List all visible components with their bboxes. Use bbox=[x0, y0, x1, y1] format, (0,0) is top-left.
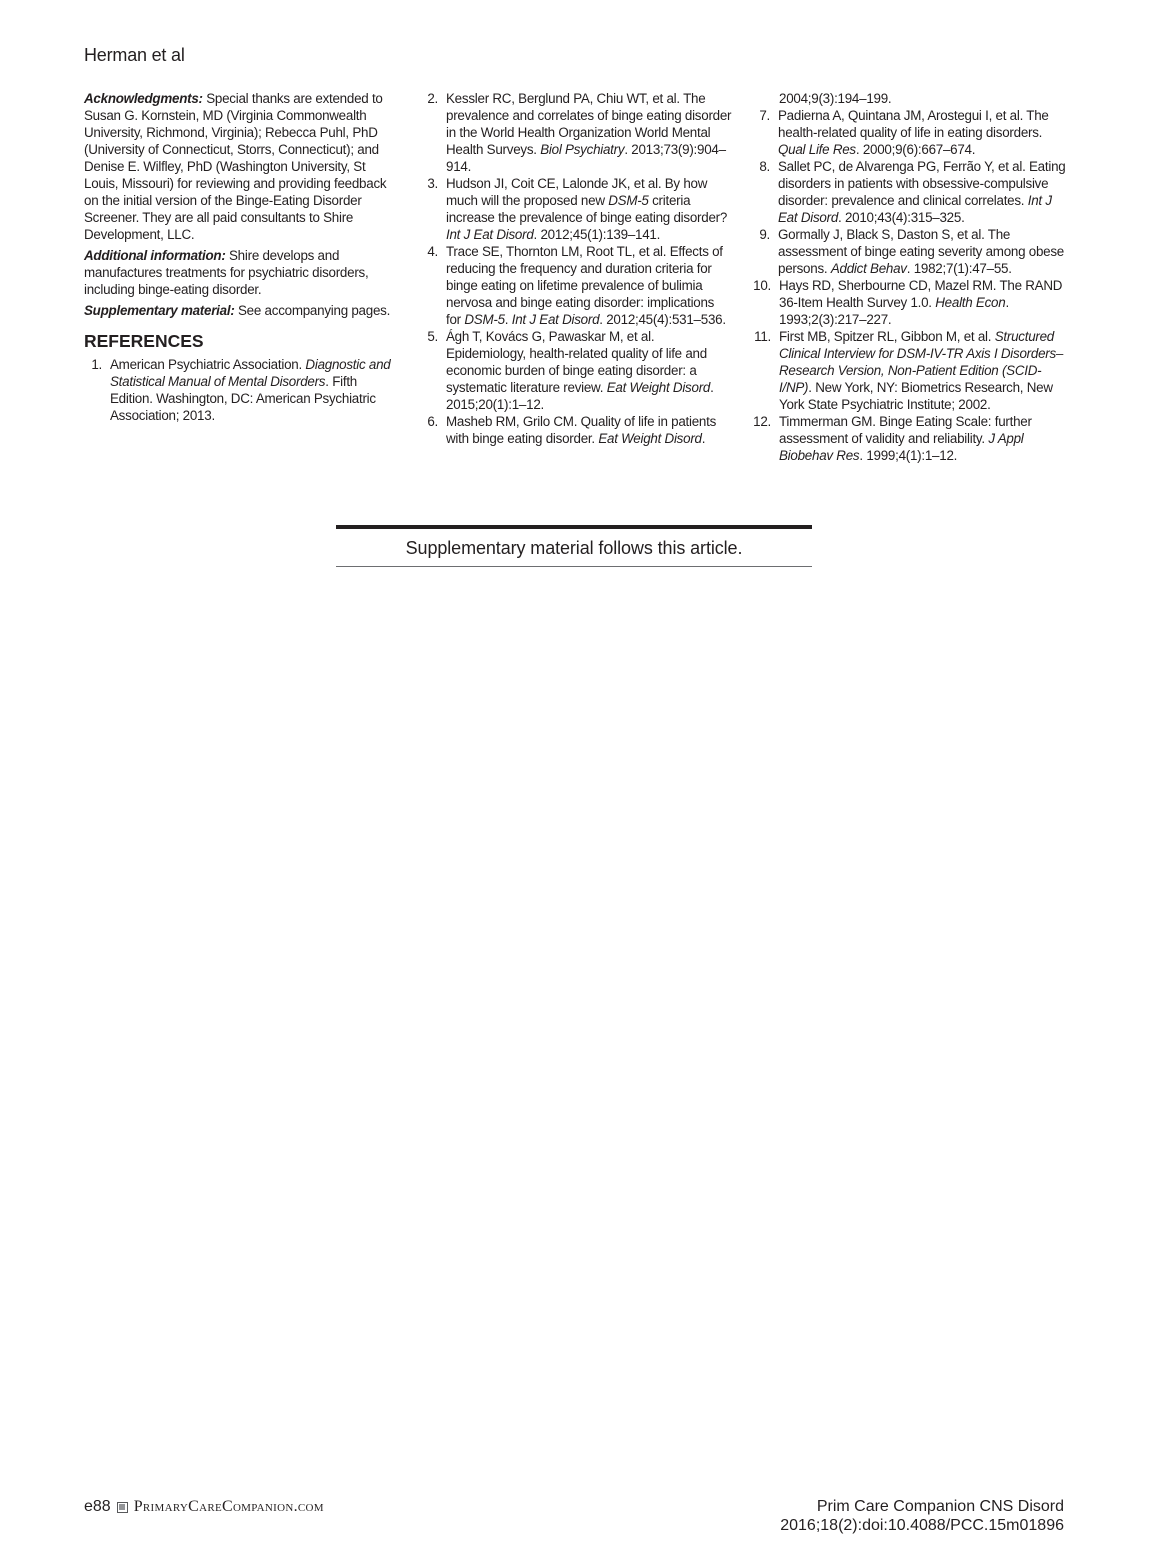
reference-item: 2.Kessler RC, Berglund PA, Chiu WT, et a… bbox=[420, 90, 732, 175]
reference-item: 9.Gormally J, Black S, Daston S, et al. … bbox=[752, 226, 1066, 277]
square-bullet-icon bbox=[117, 1502, 128, 1513]
acknowledgments-label: Acknowledgments: bbox=[84, 91, 203, 106]
reference-continuation: 2004;9(3):194–199. bbox=[752, 90, 1066, 107]
additional-information-label: Additional information: bbox=[84, 248, 226, 263]
footer-right: Prim Care Companion CNS Disord 2016;18(2… bbox=[780, 1497, 1064, 1535]
column-2: 2.Kessler RC, Berglund PA, Chiu WT, et a… bbox=[420, 90, 732, 447]
running-head: Herman et al bbox=[84, 45, 185, 66]
page-number: e88 bbox=[84, 1498, 111, 1516]
supplementary-notice: Supplementary material follows this arti… bbox=[336, 525, 812, 567]
supplementary-material: Supplementary material: See accompanying… bbox=[84, 302, 394, 319]
footer-left: e88 PrimaryCareCompanion.com bbox=[84, 1498, 324, 1516]
reference-item: 10.Hays RD, Sherbourne CD, Mazel RM. The… bbox=[752, 277, 1066, 328]
column-1: Acknowledgments: Special thanks are exte… bbox=[84, 90, 394, 424]
reference-item: 12.Timmerman GM. Binge Eating Scale: fur… bbox=[752, 413, 1066, 464]
acknowledgments: Acknowledgments: Special thanks are exte… bbox=[84, 90, 394, 243]
reference-item: 4.Trace SE, Thornton LM, Root TL, et al.… bbox=[420, 243, 732, 328]
supplementary-material-label: Supplementary material: bbox=[84, 303, 235, 318]
reference-item: 3.Hudson JI, Coit CE, Lalonde JK, et al.… bbox=[420, 175, 732, 243]
reference-item: 11.First MB, Spitzer RL, Gibbon M, et al… bbox=[752, 328, 1066, 413]
journal-name: Prim Care Companion CNS Disord bbox=[780, 1497, 1064, 1516]
additional-information: Additional information: Shire develops a… bbox=[84, 247, 394, 298]
reference-item: 8.Sallet PC, de Alvarenga PG, Ferrão Y, … bbox=[752, 158, 1066, 226]
reference-item: 7.Padierna A, Quintana JM, Arostegui I, … bbox=[752, 107, 1066, 158]
reference-item: 1.American Psychiatric Association. Diag… bbox=[84, 356, 394, 424]
site-link[interactable]: PrimaryCareCompanion.com bbox=[134, 1498, 324, 1516]
column-3: 2004;9(3):194–199. 7.Padierna A, Quintan… bbox=[752, 90, 1066, 464]
reference-item: 5.Ágh T, Kovács G, Pawaskar M, et al. Ep… bbox=[420, 328, 732, 413]
journal-citation: 2016;18(2):doi:10.4088/PCC.15m01896 bbox=[780, 1516, 1064, 1535]
references-heading: REFERENCES bbox=[84, 333, 394, 350]
reference-item: 6.Masheb RM, Grilo CM. Quality of life i… bbox=[420, 413, 732, 447]
